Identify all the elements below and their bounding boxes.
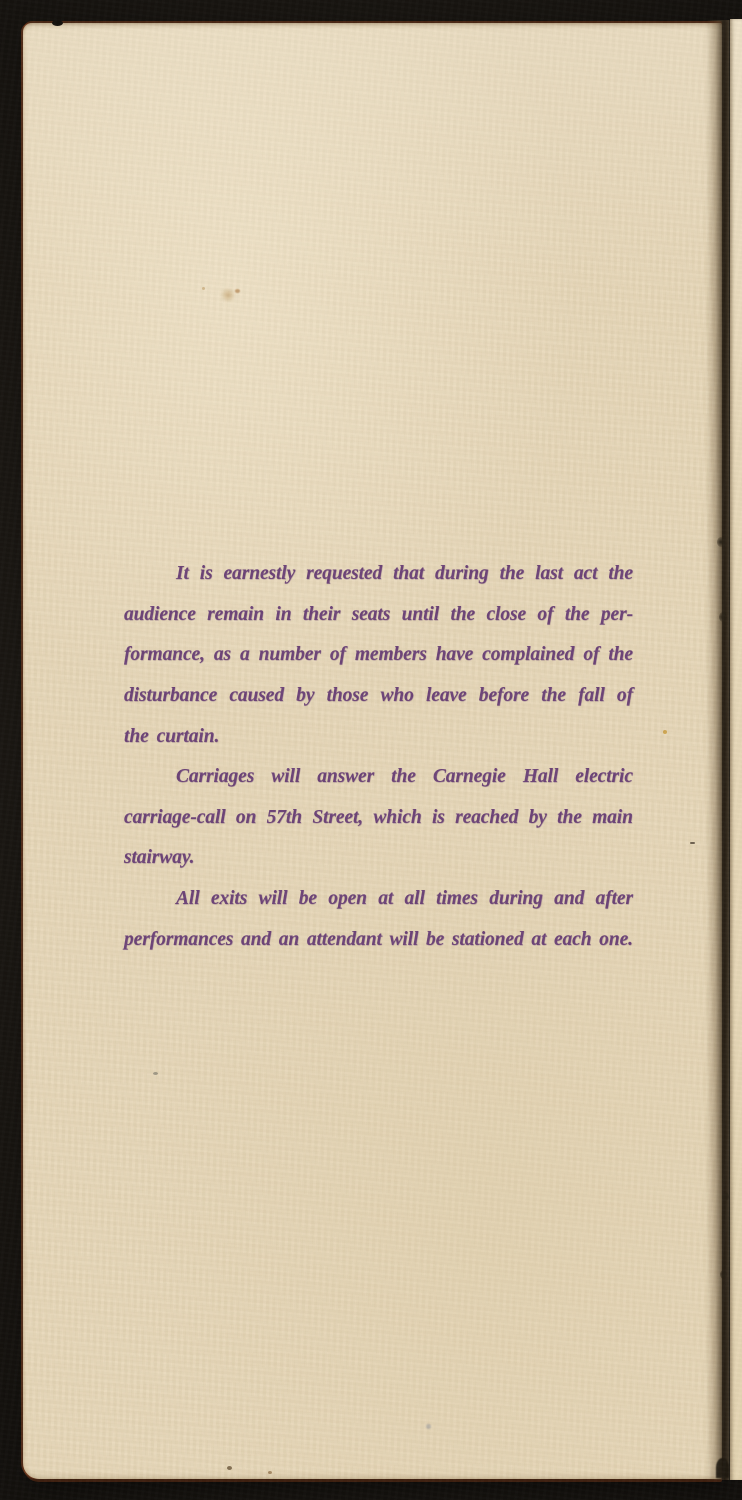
text-line: CarriageswillanswertheCarnegieHallelectr… bbox=[124, 757, 633, 798]
text-line: formance,asanumberofmembershavecomplaine… bbox=[124, 635, 633, 676]
scanned-program-spread: Itisearnestlyrequestedthatduringthelasta… bbox=[0, 0, 742, 1500]
foxing-speck bbox=[663, 730, 667, 734]
notice-text-block: Itisearnestlyrequestedthatduringthelasta… bbox=[124, 554, 633, 960]
text-line: Itisearnestlyrequestedthatduringthelasta… bbox=[124, 554, 633, 595]
ink-speck bbox=[690, 842, 695, 844]
text-line: carriage-callon57thStreet,whichisreached… bbox=[124, 798, 633, 839]
text-line: audienceremainintheirseatsuntilthecloseo… bbox=[124, 595, 633, 636]
adjacent-page-edge bbox=[730, 19, 742, 1480]
foxing-speck bbox=[202, 287, 205, 290]
page-fold-crease bbox=[706, 20, 730, 1480]
text-line: disturbancecausedbythosewholeavebeforeth… bbox=[124, 676, 633, 717]
foxing-speck bbox=[268, 1471, 272, 1474]
text-line: performancesandanattendantwillbestatione… bbox=[124, 919, 633, 960]
foxing-speck bbox=[235, 289, 240, 293]
ink-speck bbox=[426, 1424, 431, 1429]
foxing-speck bbox=[227, 1466, 232, 1470]
text-line: thecurtain. bbox=[124, 716, 633, 757]
text-line: Allexitswillbeopenatalltimesduringandaft… bbox=[124, 879, 633, 920]
ink-speck bbox=[153, 1072, 158, 1075]
scanned-page: Itisearnestlyrequestedthatduringthelasta… bbox=[23, 23, 722, 1479]
text-line: stairway. bbox=[124, 838, 633, 879]
foxing-stain bbox=[220, 288, 236, 302]
